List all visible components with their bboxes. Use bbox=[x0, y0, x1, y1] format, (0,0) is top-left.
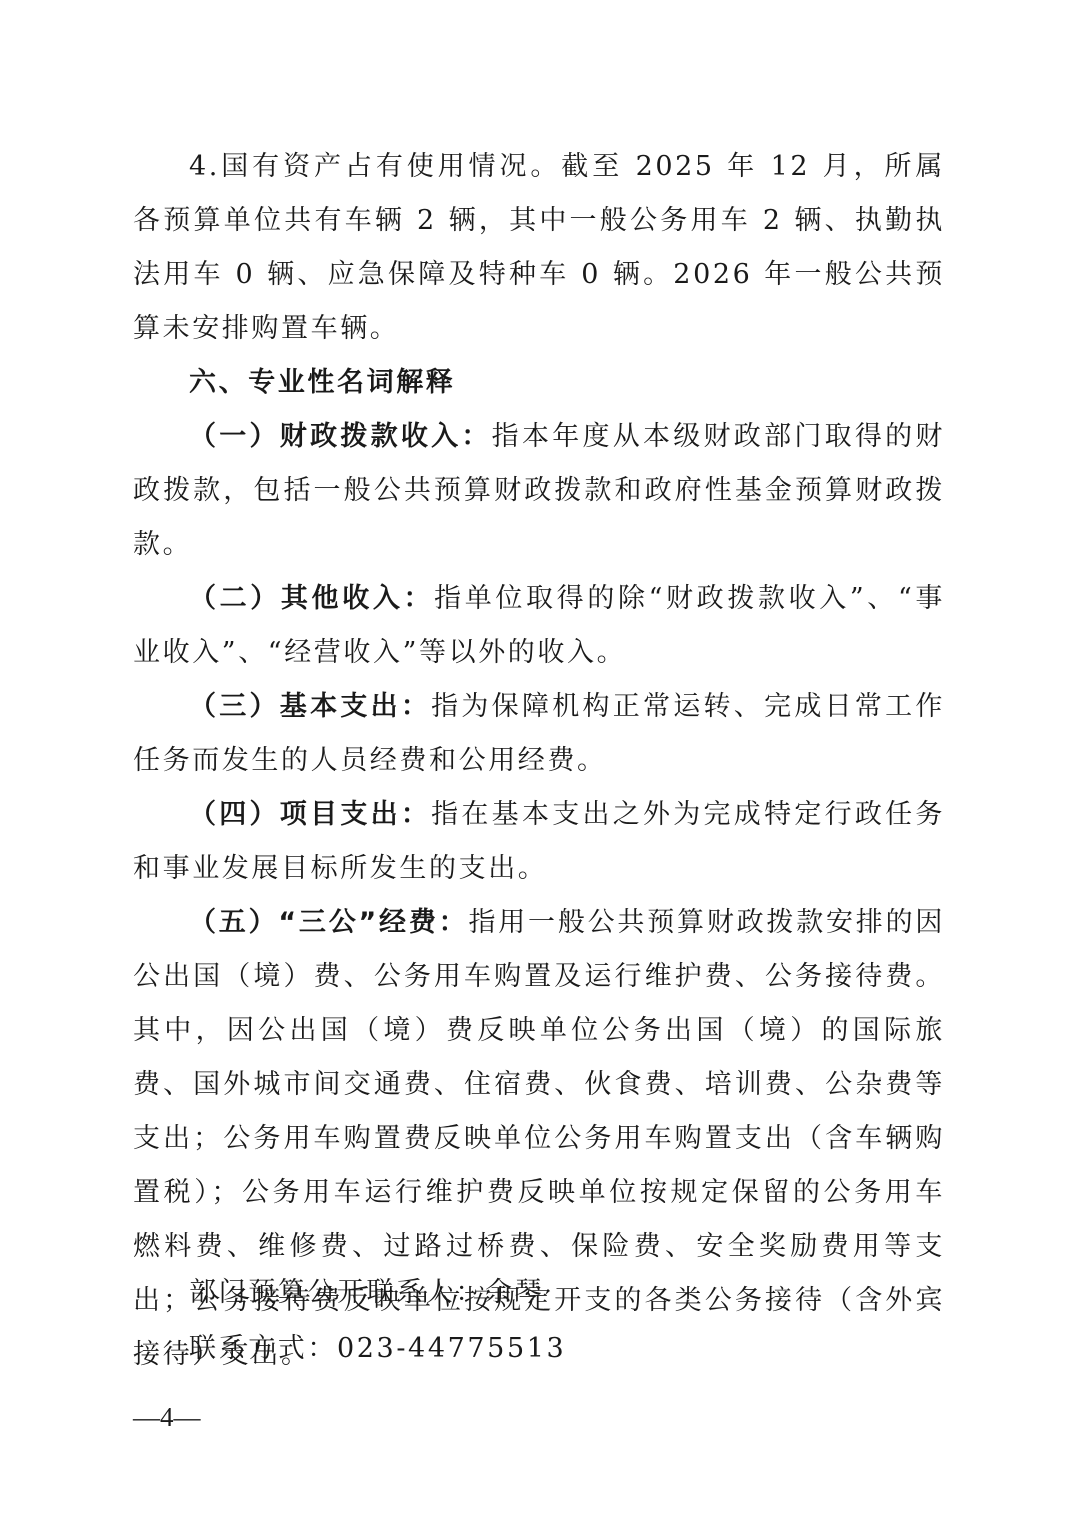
definition-three-public-expenses: （五）“三公”经费：指用一般公共预算财政拨款安排的因公出国（境）费、公务用车购置… bbox=[133, 896, 945, 1382]
definition-term: （一）财政拨款收入： bbox=[189, 421, 492, 452]
definition-term: （二）其他收入： bbox=[189, 583, 434, 614]
definition-other-income: （二）其他收入：指单位取得的除“财政拨款收入”、“事业收入”、“经营收入”等以外… bbox=[133, 572, 945, 680]
definition-term: （三）基本支出： bbox=[189, 691, 431, 722]
contact-phone: 联系方式：023-44775513 bbox=[189, 1326, 566, 1365]
asset-usage-paragraph: 4.国有资产占有使用情况。截至 2025 年 12 月，所属各预算单位共有车辆 … bbox=[133, 140, 945, 356]
section-heading: 六、专业性名词解释 bbox=[133, 356, 945, 410]
definition-project-expenditure: （四）项目支出：指在基本支出之外为完成特定行政任务和事业发展目标所发生的支出。 bbox=[133, 788, 945, 896]
definition-term: （四）项目支出： bbox=[189, 799, 431, 830]
contact-person: 部门预算公开联系人：余琴 bbox=[189, 1270, 544, 1309]
definition-fiscal-appropriation: （一）财政拨款收入：指本年度从本级财政部门取得的财政拨款，包括一般公共预算财政拨… bbox=[133, 410, 945, 572]
definition-term: （五）“三公”经费： bbox=[189, 907, 468, 938]
document-body: 4.国有资产占有使用情况。截至 2025 年 12 月，所属各预算单位共有车辆 … bbox=[133, 140, 945, 1382]
definition-basic-expenditure: （三）基本支出：指为保障机构正常运转、完成日常工作任务而发生的人员经费和公用经费… bbox=[133, 680, 945, 788]
page-number: —4— bbox=[133, 1402, 201, 1433]
